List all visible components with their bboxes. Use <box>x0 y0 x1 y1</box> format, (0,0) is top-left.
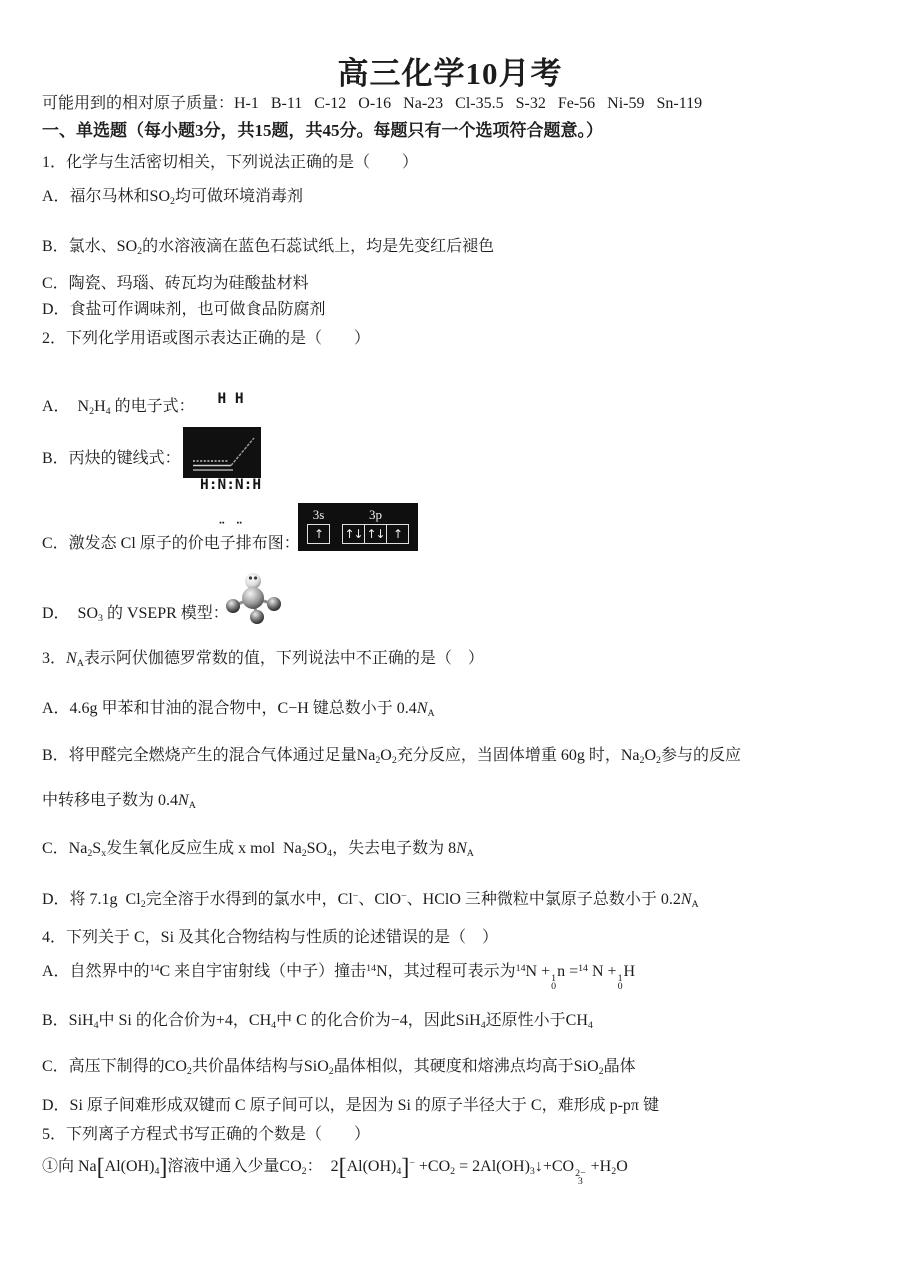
section-header: 一、单选题（每小题3分，共15题，共45分。每题只有一个选项符合题意。） <box>42 120 603 141</box>
q3-option-a: A．4.6g 甲苯和甘油的混合物中，C−H 键总数小于 0.4NA <box>42 698 435 724</box>
orbital-3s-box: ↑ <box>307 524 330 544</box>
orbital-3s-group: 3s ↑ <box>307 508 330 544</box>
q1-option-c: C．陶瓷、玛瑙、砖瓦均为硅酸盐材料 <box>42 273 309 294</box>
q4-option-c: C．高压下制得的CO2共价晶体结构与SiO2晶体相似，其硬度和熔沸点均高于SiO… <box>42 1056 636 1082</box>
q2-stem: 2．下列化学用语或图示表达正确的是（ ） <box>42 328 370 349</box>
q2-option-c-label: C．激发态 Cl 原子的价电子排布图： <box>42 533 300 554</box>
orbital-3p-label: 3p <box>342 508 409 522</box>
q2-option-a-label: A． N2H4 的电子式： <box>42 396 195 422</box>
q5-ionic-equation-1: ①向 Na[Al(OH)4]溶液中通入少量CO2： 2[Al(OH)4]− +C… <box>42 1146 628 1190</box>
q3-stem: 3．NA表示阿伏伽德罗常数的值，下列说法中不正确的是（ ） <box>42 648 484 674</box>
propyne-skeletal-formula-image <box>183 427 261 478</box>
atomic-masses-note: 可能用到的相对原子质量：H-1 B-11 C-12 O-16 Na-23 Cl-… <box>42 93 702 114</box>
exam-title: 高三化学10月考 <box>0 48 900 93</box>
q2-option-b-label: B．丙炔的键线式： <box>42 448 181 469</box>
q3-option-d: D．将 7.1g Cl2完全溶于水得到的氯水中，Cl−、ClO−、HClO 三种… <box>42 886 699 915</box>
q1-option-a: A．福尔马林和SO2均可做环境消毒剂 <box>42 186 303 212</box>
so3-vsepr-model-image <box>224 571 284 627</box>
q4-option-d: D．Si 原子间难形成双键而 C 原子间可以，是因为 Si 的原子半径大于 C，… <box>42 1095 659 1116</box>
q4-option-a: A．自然界中的14C 来自宇宙射线（中子）撞击14N，其过程可表示为14N +1… <box>42 958 635 990</box>
q2-option-d-label: D． SO3 的 VSEPR 模型： <box>42 603 229 629</box>
q5-stem: 5．下列离子方程式书写正确的个数是（ ） <box>42 1124 370 1145</box>
orbital-3p-box-1: ↑↓ <box>342 524 365 544</box>
q4-stem: 4．下列关于 C，Si 及其化合物结构与性质的论述错误的是（ ） <box>42 927 498 948</box>
q4-option-b: B．SiH4中 Si 的化合价为+4，CH4中 C 的化合价为−4，因此SiH4… <box>42 1010 593 1036</box>
cl-orbital-diagram-image: 3s ↑ 3p ↑↓ ↑↓ ↑ <box>298 503 418 551</box>
q3-option-c: C．Na2Sx发生氧化反应生成 x mol Na2SO4，失去电子数为 8NA <box>42 838 474 864</box>
q3-option-b: B．将甲醛完全燃烧产生的混合气体通过足量Na2O2充分反应，当固体增重 60g … <box>42 745 741 771</box>
exam-paper-page: 高三化学10月考 可能用到的相对原子质量：H-1 B-11 C-12 O-16 … <box>0 0 900 1273</box>
lewis-row-main: H:N:N:H <box>200 478 261 493</box>
orbital-3p-group: 3p ↑↓ ↑↓ ↑ <box>342 508 409 544</box>
orbital-3s-label: 3s <box>307 508 330 522</box>
q3-option-b-line2: 中转移电子数为 0.4NA <box>42 790 196 816</box>
q1-option-d: D．食盐可作调味剂，也可做食品防腐剂 <box>42 299 326 320</box>
orbital-3p-box-3: ↑ <box>386 524 409 544</box>
q1-stem: 1．化学与生活密切相关，下列说法正确的是（ ） <box>42 152 418 173</box>
orbital-3p-box-2: ↑↓ <box>364 524 387 544</box>
q1-option-b: B．氯水、SO2的水溶液滴在蓝色石蕊试纸上，均是先变红后褪色 <box>42 236 494 262</box>
lewis-row-top-h: H H <box>200 393 261 405</box>
